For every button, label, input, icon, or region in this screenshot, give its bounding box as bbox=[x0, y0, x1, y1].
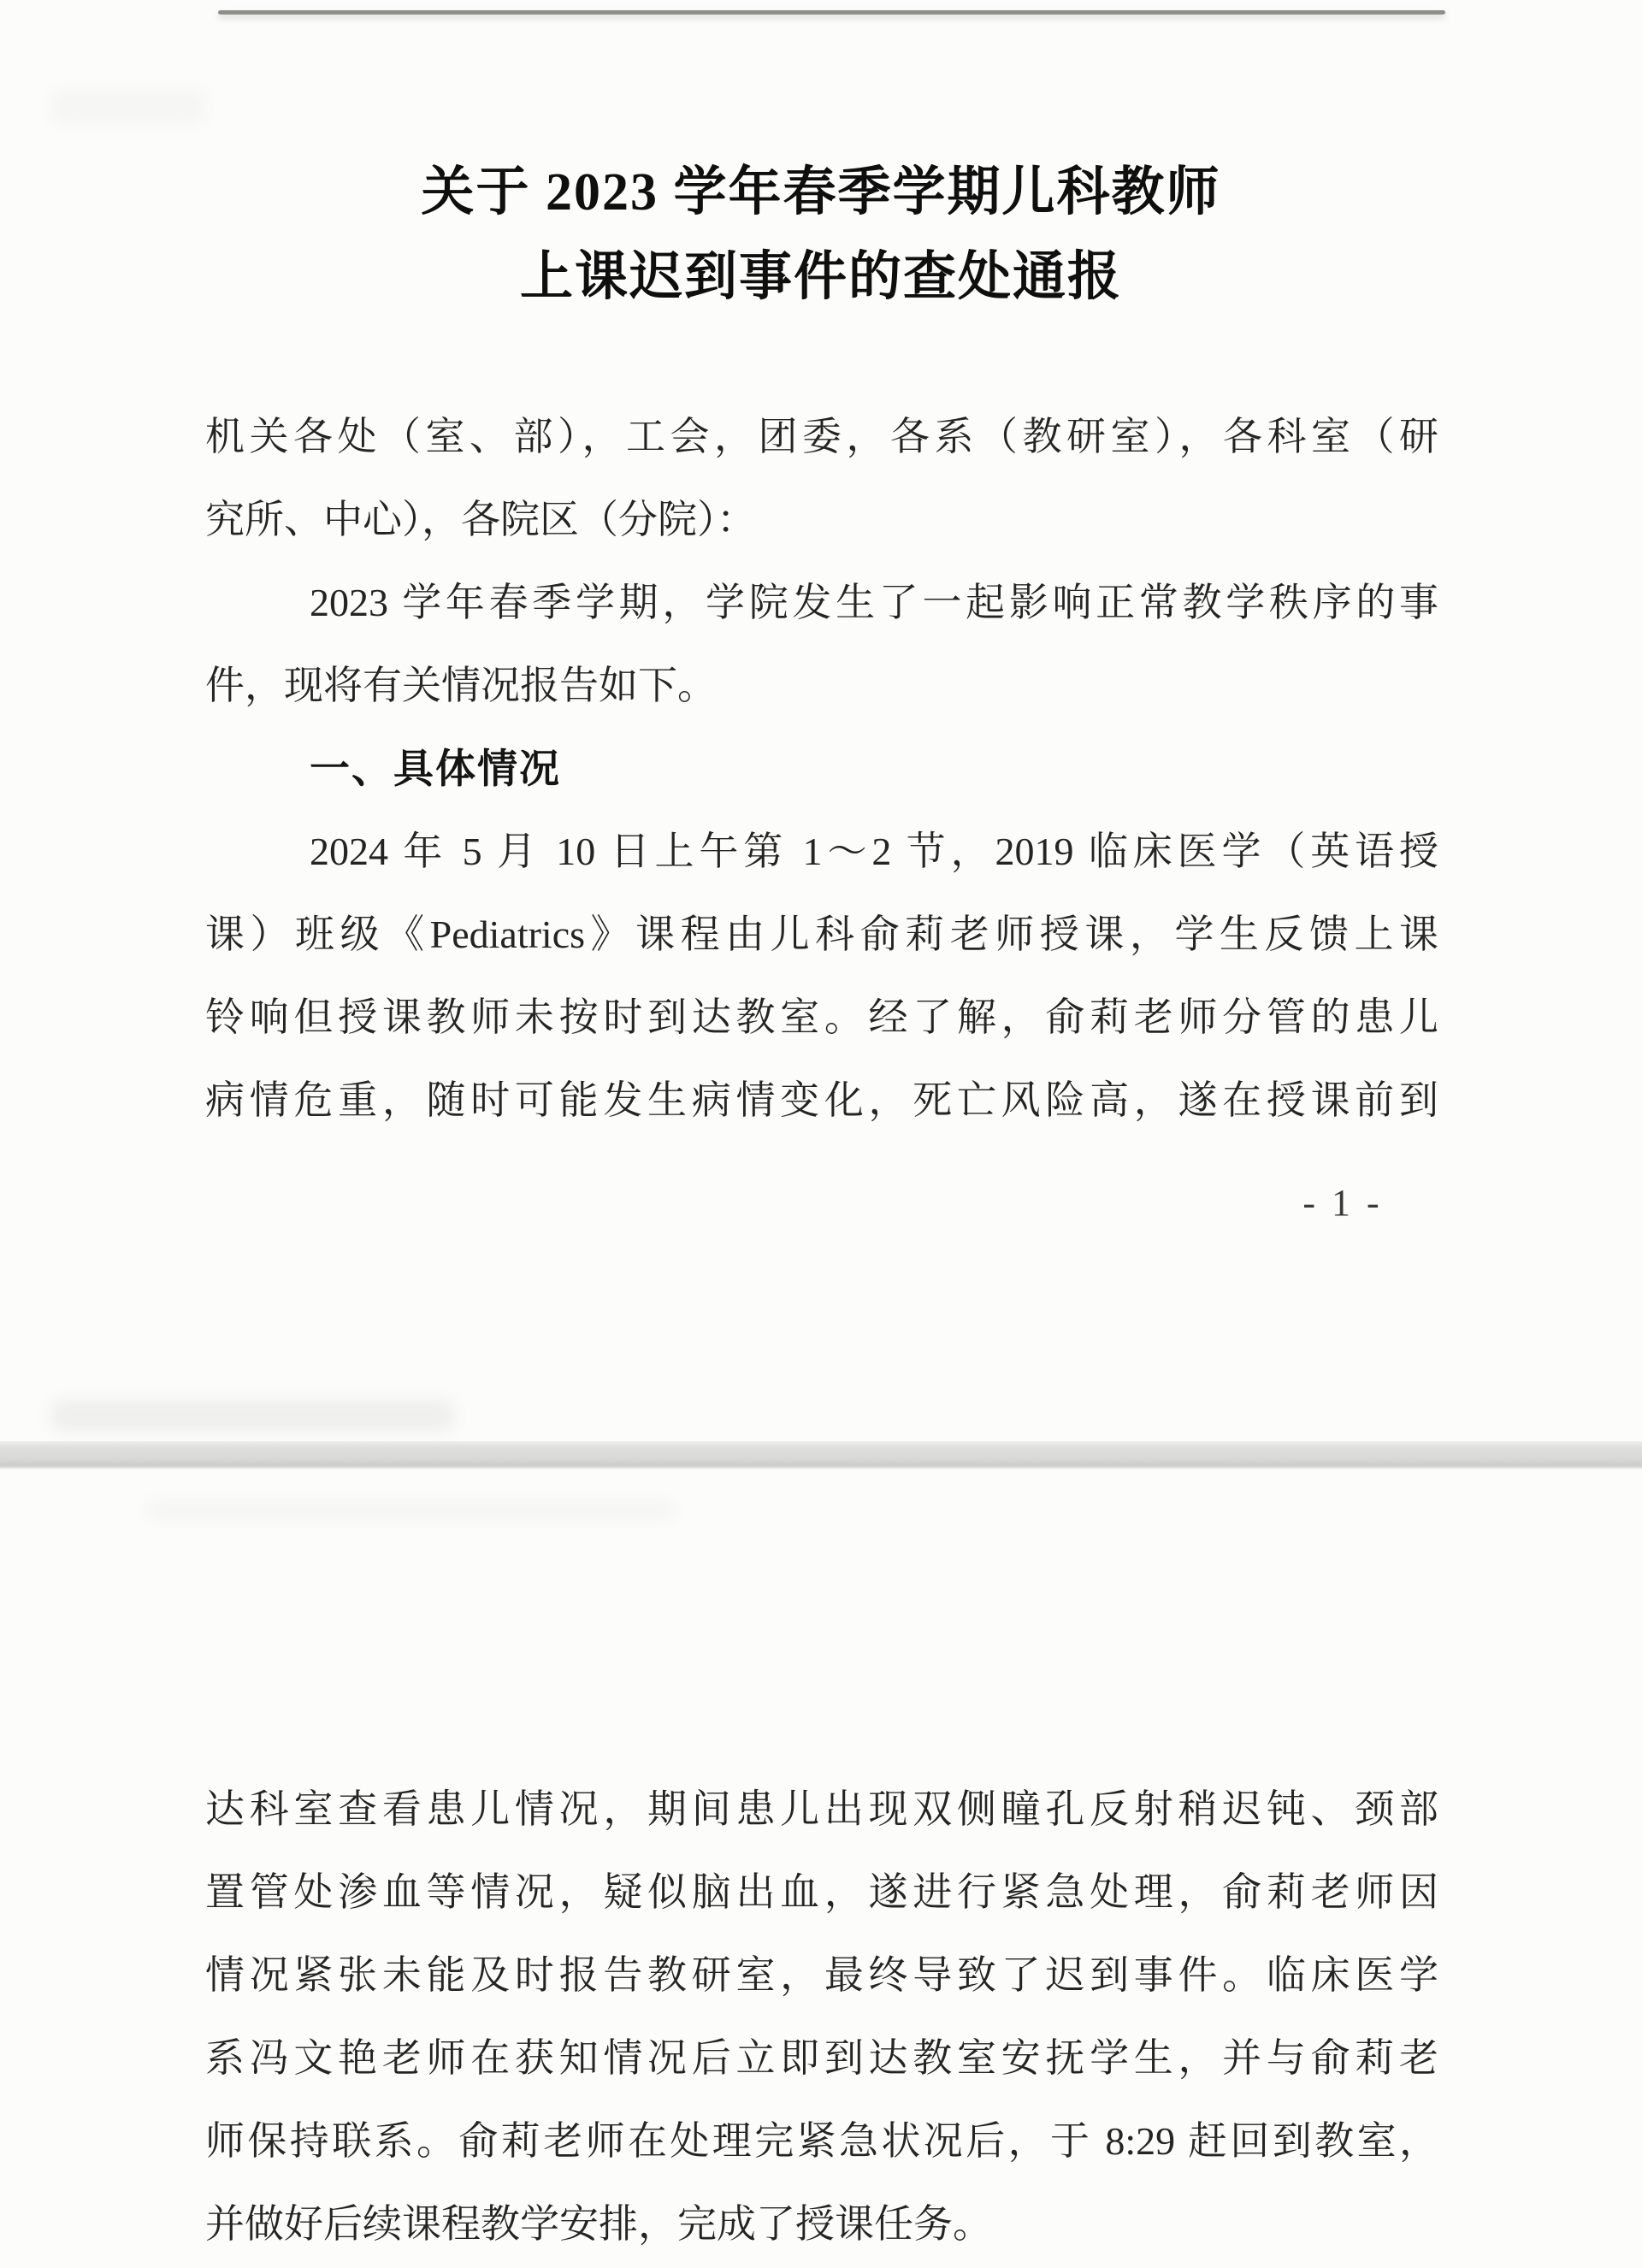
scan-artifact bbox=[145, 1503, 676, 1517]
page-divider bbox=[0, 1441, 1642, 1469]
document-title: 关于 2023 学年春季学期儿科教师 上课迟到事件的查处通报 bbox=[205, 151, 1437, 320]
text-line: 件，现将有关情况报告如下。 bbox=[205, 644, 1438, 727]
section-heading: 一、具体情况 bbox=[205, 727, 1438, 810]
text-line: 师保持联系。俞莉老师在处理完紧急状况后，于 8:29 赶回到教室， bbox=[205, 2100, 1438, 2182]
text-line: 铃响但授课教师未按时到达教室。经了解，俞莉老师分管的患儿 bbox=[205, 976, 1438, 1059]
text-line: 系冯文艳老师在获知情况后立即到达教室安抚学生，并与俞莉老 bbox=[205, 2017, 1438, 2100]
text-line: 2023 学年春季学期，学院发生了一起影响正常教学秩序的事 bbox=[205, 561, 1438, 644]
scan-artifact bbox=[51, 90, 205, 124]
text-line: 达科室查看患儿情况，期间患儿出现双侧瞳孔反射稍迟钝、颈部 bbox=[205, 1768, 1438, 1851]
text-line: 情况紧张未能及时报告教研室，最终导致了迟到事件。临床医学 bbox=[205, 1934, 1438, 2017]
text-line: 病情危重，随时可能发生病情变化，死亡风险高，遂在授课前到 bbox=[205, 1059, 1438, 1142]
text-line: 课）班级《Pediatrics》课程由儿科俞莉老师授课，学生反馈上课 bbox=[205, 893, 1438, 976]
scan-edge-line bbox=[218, 10, 1445, 15]
text-line: 置管处渗血等情况，疑似脑出血，遂进行紧急处理，俞莉老师因 bbox=[205, 1851, 1438, 1934]
scan-artifact bbox=[51, 1401, 453, 1430]
page-number: - 1 - bbox=[1257, 1182, 1428, 1225]
document-title-line1: 关于 2023 学年春季学期儿科教师 bbox=[421, 163, 1220, 221]
text-line: 并做好后续课程教学安排，完成了授课任务。 bbox=[205, 2182, 1438, 2265]
text-line: 究所、中心），各院区（分院）： bbox=[205, 478, 1438, 561]
page2-body-text: 达科室查看患儿情况，期间患儿出现双侧瞳孔反射稍迟钝、颈部置管处渗血等情况，疑似脑… bbox=[205, 1768, 1438, 2265]
text-line: 机关各处（室、部），工会，团委，各系（教研室），各科室（研 bbox=[205, 395, 1438, 478]
text-line: 2024 年 5 月 10 日上午第 1～2 节，2019 临床医学（英语授 bbox=[205, 810, 1438, 893]
document-title-line2: 上课迟到事件的查处通报 bbox=[520, 248, 1122, 306]
page1-body-text: 机关各处（室、部），工会，团委，各系（教研室），各科室（研究所、中心），各院区（… bbox=[205, 395, 1438, 1142]
